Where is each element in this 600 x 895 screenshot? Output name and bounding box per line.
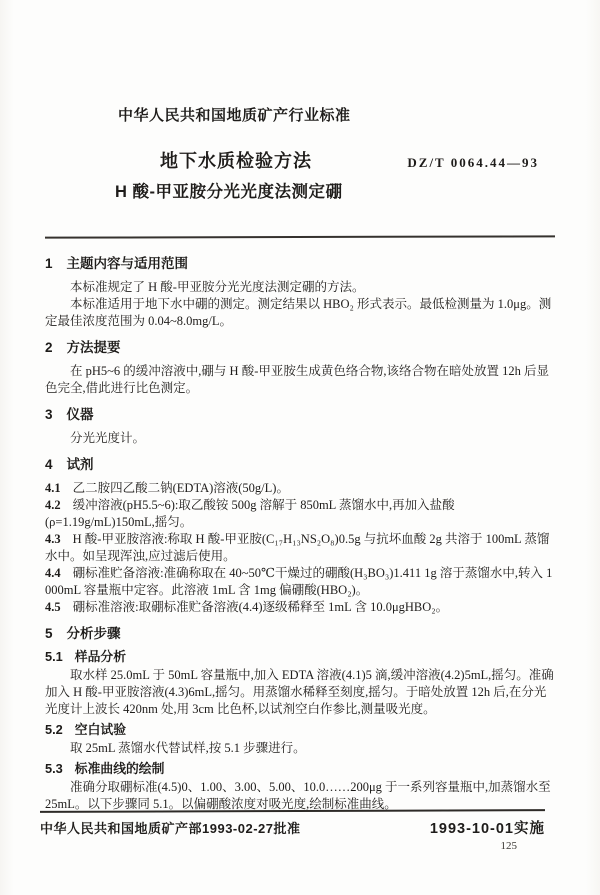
- standard-number: DZ/T 0064.44—93: [407, 155, 539, 173]
- document-header: 中华人民共和国地质矿产行业标准 地下水质检验方法 DZ/T 0064.44—93…: [45, 0, 555, 202]
- subclause-heading-5-3: 5.3标准曲线的绘制: [45, 760, 555, 777]
- section-title: 方法提要: [67, 340, 121, 355]
- section-title: 主题内容与适用范围: [67, 256, 189, 271]
- paragraph-method-summary: 在 pH5~6 的缓冲溶液中,硼与 H 酸-甲亚胺生成黄色络合物,该络合物在暗处…: [45, 363, 555, 397]
- paragraph-apparatus: 分光光度计。: [45, 430, 555, 447]
- title-row: 地下水质检验方法 DZ/T 0064.44—93: [45, 147, 555, 173]
- section-method-summary: 2方法提要 在 pH5~6 的缓冲溶液中,硼与 H 酸-甲亚胺生成黄色络合物,该…: [45, 340, 555, 397]
- subclause-title: 标准曲线的绘制: [75, 761, 165, 776]
- section-title: 仪器: [67, 407, 94, 422]
- section-heading-scope: 1主题内容与适用范围: [45, 256, 555, 273]
- clause-4-3: 4.3H 酸-甲亚胺溶液:称取 H 酸-甲亚胺(C₁₇H₁₃NS₂O₈)0.5g…: [45, 531, 555, 565]
- clause-4-5: 4.5硼标准溶液:取硼标准贮备溶液(4.4)逐级稀释至 1mL 含 10.0μg…: [45, 599, 555, 616]
- subclause-heading-5-1: 5.1样品分析: [45, 648, 555, 665]
- section-number: 2: [45, 340, 53, 355]
- clause-number: 4.3: [45, 532, 61, 546]
- clause-text: 缓冲溶液(pH5.5~6):取乙酸铵 500g 溶解于 850mL 蒸馏水中,再…: [45, 498, 455, 529]
- section-heading-method-summary: 2方法提要: [45, 340, 555, 357]
- subclause-title: 空白试验: [75, 722, 126, 737]
- document-page: 中华人民共和国地质矿产行业标准 地下水质检验方法 DZ/T 0064.44—93…: [0, 0, 600, 895]
- document-subtitle: H 酸-甲亚胺分光光度法测定硼: [115, 178, 555, 202]
- section-apparatus: 3仪器 分光光度计。: [45, 407, 555, 447]
- subclause-number: 5.1: [45, 649, 63, 664]
- subclause-number: 5.3: [45, 761, 63, 776]
- document-footer: 中华人民共和国地质矿产部1993-02-27批准 1993-10-01实施 12…: [40, 810, 545, 852]
- clause-4-2: 4.2缓冲溶液(pH5.5~6):取乙酸铵 500g 溶解于 850mL 蒸馏水…: [45, 497, 555, 531]
- section-scope: 1主题内容与适用范围 本标准规定了 H 酸-甲亚胺分光光度法测定硼的方法。 本标…: [45, 256, 555, 330]
- clause-number: 4.1: [45, 481, 61, 495]
- paragraph-scope-1: 本标准规定了 H 酸-甲亚胺分光光度法测定硼的方法。: [45, 279, 555, 296]
- clause-text: H 酸-甲亚胺溶液:称取 H 酸-甲亚胺(C₁₇H₁₃NS₂O₈)0.5g 与抗…: [45, 532, 549, 563]
- section-number: 3: [45, 407, 53, 422]
- page-number: 125: [40, 840, 545, 852]
- implementation-date: 1993-10-01实施: [430, 817, 545, 838]
- footer-divider: [40, 809, 545, 813]
- section-heading-reagents: 4试剂: [45, 457, 555, 474]
- section-number: 5: [45, 626, 53, 641]
- clause-text: 乙二胺四乙酸二钠(EDTA)溶液(50g/L)。: [73, 481, 289, 495]
- section-title: 分析步骤: [67, 626, 121, 641]
- page-content: 中华人民共和国地质矿产行业标准 地下水质检验方法 DZ/T 0064.44—93…: [45, 0, 555, 813]
- paragraph-scope-2: 本标准适用于地下水中硼的测定。测定结果以 HBO₂ 形式表示。最低检测量为 1.…: [45, 296, 555, 330]
- approval-statement: 中华人民共和国地质矿产部1993-02-27批准: [40, 818, 301, 837]
- clause-4-4: 4.4硼标准贮备溶液:准确称取在 40~50℃干燥过的硼酸(H₃BO₃)1.41…: [45, 565, 555, 599]
- section-procedure: 5分析步骤 5.1样品分析 取水样 25.0mL 于 50mL 容量瓶中,加入 …: [45, 626, 555, 814]
- clause-4-1: 4.1乙二胺四乙酸二钠(EDTA)溶液(50g/L)。: [45, 480, 555, 497]
- section-heading-apparatus: 3仪器: [45, 407, 555, 424]
- paragraph-5-1: 取水样 25.0mL 于 50mL 容量瓶中,加入 EDTA 溶液(4.1)5 …: [45, 667, 555, 718]
- document-body: 1主题内容与适用范围 本标准规定了 H 酸-甲亚胺分光光度法测定硼的方法。 本标…: [45, 238, 555, 813]
- clause-number: 4.4: [45, 566, 61, 580]
- section-title: 试剂: [67, 457, 94, 472]
- clause-number: 4.2: [45, 498, 61, 512]
- issuing-org-line: 中华人民共和国地质矿产行业标准: [118, 104, 555, 125]
- section-number: 1: [45, 256, 53, 271]
- footer-row: 中华人民共和国地质矿产部1993-02-27批准 1993-10-01实施: [40, 817, 545, 838]
- section-heading-procedure: 5分析步骤: [45, 626, 555, 643]
- subclause-number: 5.2: [45, 722, 63, 737]
- paragraph-5-3: 准确分取硼标准(4.5)0、1.00、3.00、5.00、10.0……200μg…: [45, 779, 555, 813]
- paragraph-5-2: 取 25mL 蒸馏水代替试样,按 5.1 步骤进行。: [45, 740, 555, 757]
- clause-number: 4.5: [45, 600, 61, 614]
- document-title: 地下水质检验方法: [160, 147, 312, 173]
- subclause-title: 样品分析: [75, 649, 126, 664]
- section-reagents: 4试剂 4.1乙二胺四乙酸二钠(EDTA)溶液(50g/L)。 4.2缓冲溶液(…: [45, 457, 555, 616]
- clause-text: 硼标准溶液:取硼标准贮备溶液(4.4)逐级稀释至 1mL 含 10.0μgHBO…: [73, 600, 449, 614]
- clause-text: 硼标准贮备溶液:准确称取在 40~50℃干燥过的硼酸(H₃BO₃)1.411 1…: [45, 566, 552, 597]
- section-number: 4: [45, 457, 53, 472]
- subclause-heading-5-2: 5.2空白试验: [45, 721, 555, 738]
